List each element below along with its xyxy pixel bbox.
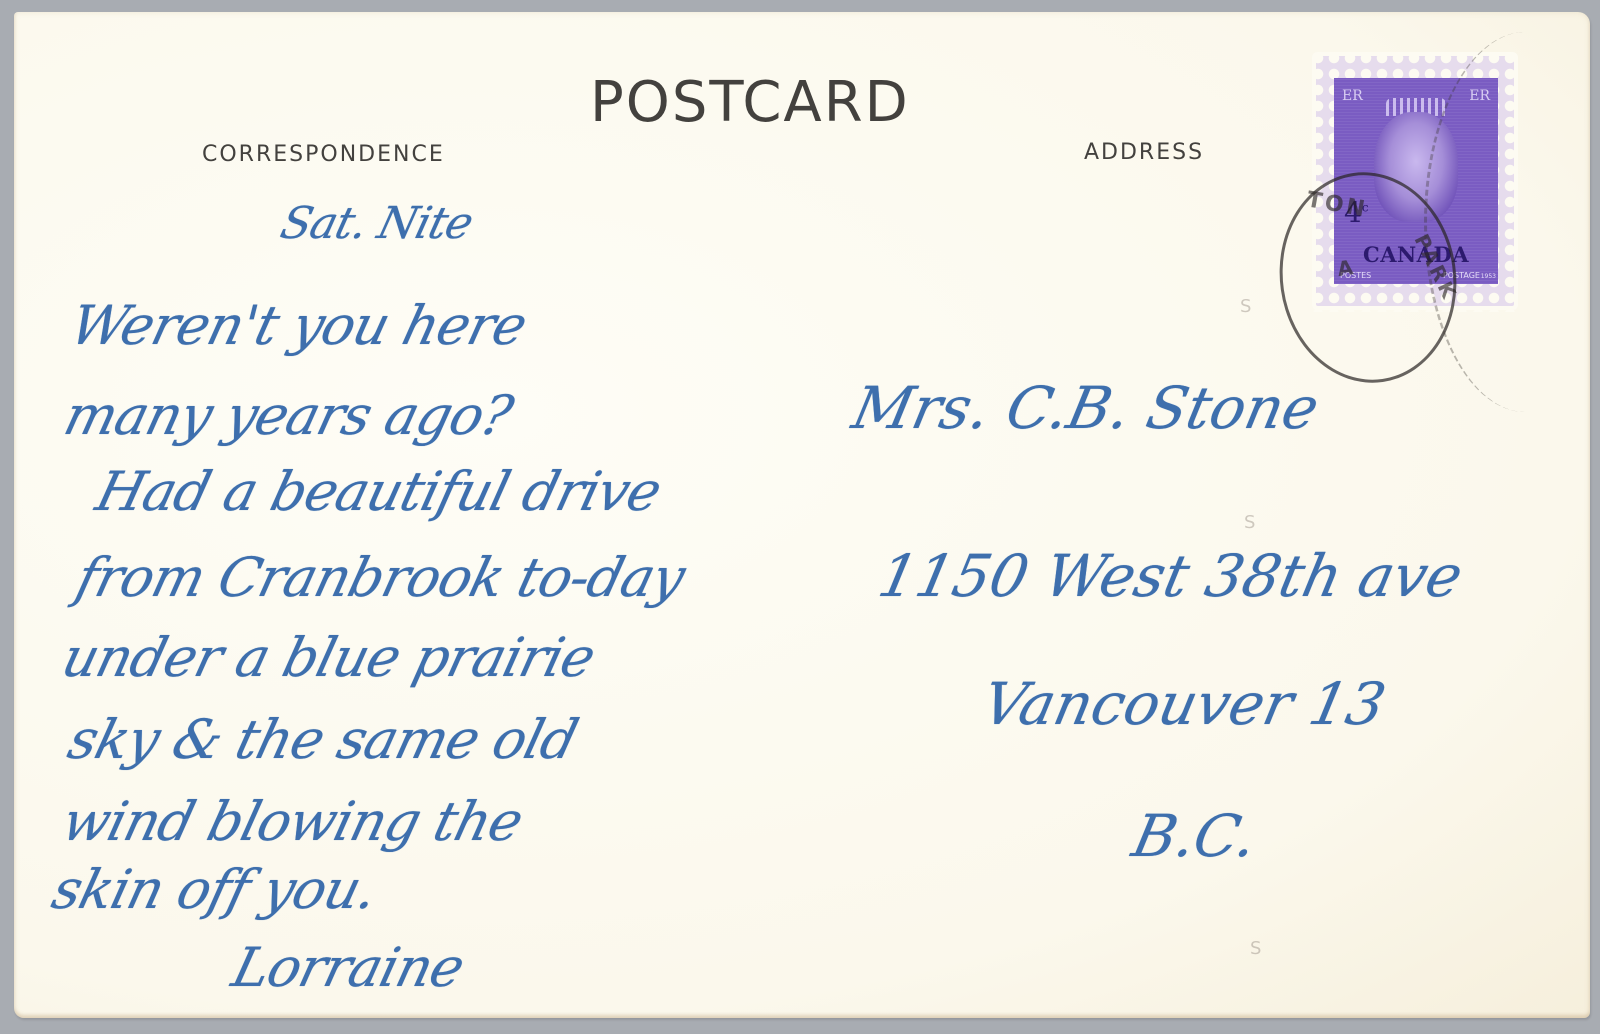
faint-mark: S xyxy=(1240,296,1251,317)
message-line: wind blowing the xyxy=(56,790,529,853)
message-line: many years ago? xyxy=(58,384,518,447)
address-line: 1150 West 38th ave xyxy=(873,542,1469,610)
faint-mark: S xyxy=(1244,512,1255,533)
message-line: skin off you. xyxy=(46,858,383,921)
message-line: from Cranbrook to-day xyxy=(70,546,691,609)
postcard-back: POSTCARD CORRESPONDENCE ADDRESS Sat. Nit… xyxy=(14,12,1590,1018)
message-line: Had a beautiful drive xyxy=(90,460,667,523)
message-line: sky & the same old xyxy=(62,708,583,771)
royal-cipher-icon: ER xyxy=(1342,88,1363,104)
message-line: Weren't you here xyxy=(64,294,533,357)
faint-mark: S xyxy=(1250,938,1261,959)
signature: Lorraine xyxy=(226,936,470,999)
postmark-text: TON xyxy=(1305,187,1370,222)
address-line: Mrs. C.B. Stone xyxy=(847,374,1325,442)
address-line: B.C. xyxy=(1127,802,1263,870)
correspondence-label: CORRESPONDENCE xyxy=(202,142,445,167)
address-line: Vancouver 13 xyxy=(977,670,1392,738)
postcard-title: POSTCARD xyxy=(590,70,910,135)
message-line: under a blue prairie xyxy=(56,626,601,689)
address-label: ADDRESS xyxy=(1084,140,1204,165)
postmark-text: A xyxy=(1336,255,1358,281)
message-line: Sat. Nite xyxy=(276,198,478,249)
